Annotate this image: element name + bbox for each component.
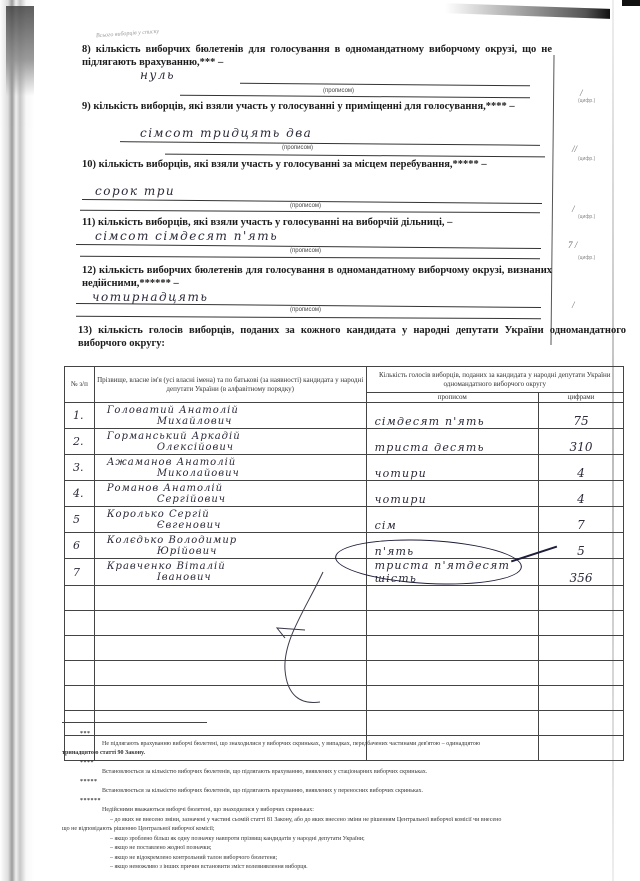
item-9: 9) кількість виборців, які взяли участь …	[82, 100, 552, 113]
item-12-margin-mark: /	[572, 300, 575, 310]
candidate-number: 1.	[65, 403, 95, 429]
votes-in-digits: 7	[539, 507, 624, 533]
table-row: 4.Романов АнатолійСергійовиччотири4	[65, 481, 624, 507]
footnote-rule	[62, 722, 207, 723]
footnote-1-stars: ***	[62, 730, 622, 740]
candidate-patronymic: Миколайович	[107, 468, 366, 479]
footnote-3-text: Встановлюється за кількістю виборчих бюл…	[62, 787, 622, 797]
empty-cell	[539, 636, 624, 661]
item-11-text: 11) кількість виборців, які взяли участь…	[82, 216, 552, 229]
candidate-number: 7	[65, 559, 95, 586]
item-9-margin-label: (цифр.)	[578, 156, 595, 162]
footnote-bullet: що не відповідають рішенню Центральної в…	[62, 825, 622, 835]
votes-in-words: чотири	[366, 455, 538, 481]
empty-cell	[539, 611, 624, 636]
table-row-empty	[65, 586, 624, 611]
candidate-surname-name: Ажаманов Анатолій	[107, 457, 236, 468]
item-9-underline	[120, 141, 540, 146]
empty-cell	[366, 686, 538, 711]
candidate-name: Колєдько ВолодимирЮрійович	[94, 533, 366, 559]
footnote-bullet: – якщо не поставлено жодної позначки;	[62, 844, 622, 854]
item-10-margin-label: (цифр.)	[578, 214, 595, 220]
item-8-prop-label: (прописом)	[323, 88, 354, 94]
footnote-bullet: – якщо неможливо з інших причин встанови…	[62, 863, 622, 873]
item-10-margin-mark: /	[572, 204, 575, 214]
table-row: 1.Головатий АнатолійМихайловичсімдесят п…	[65, 403, 624, 429]
item-10-text: 10) кількість виборців, які взяли участь…	[82, 158, 552, 171]
empty-cell	[65, 661, 95, 686]
item-11: 11) кількість виборців, які взяли участь…	[82, 216, 552, 229]
table-row: 5Королько СергійЄвгеновичсім7	[65, 507, 624, 533]
footnote-1-text: Не підлягають врахуванню виборчі бюлетен…	[62, 740, 622, 750]
header-votes: Кількість голосів виборців, поданих за к…	[366, 367, 623, 393]
empty-cell	[366, 611, 538, 636]
item-8-margin-label: (цифр.)	[578, 98, 595, 104]
footnote-3-stars: *****	[62, 778, 622, 788]
footnote-4-stars: ******	[62, 797, 622, 807]
empty-cell	[65, 611, 95, 636]
candidate-name: Ажаманов АнатолійМиколайович	[94, 455, 366, 481]
footnote-bullet: – до яких не внесено зміни, зазначені у …	[62, 816, 622, 826]
item-9-margin-mark: //	[572, 144, 577, 154]
empty-cell	[65, 586, 95, 611]
scan-corner-mark	[622, 0, 640, 6]
footnote-bullet: – якщо зроблено більш як одну позначку н…	[62, 835, 622, 845]
footnote-2-stars: ****	[62, 759, 622, 769]
item-10: 10) кількість виборців, які взяли участь…	[82, 158, 552, 171]
candidate-patronymic: Олексійович	[107, 442, 366, 453]
votes-in-words: чотири	[366, 481, 538, 507]
table-row: 2.Горманський АркадійОлексійовичтриста д…	[65, 429, 624, 455]
votes-in-digits: 4	[539, 455, 624, 481]
empty-cell	[366, 586, 538, 611]
footnote-4-text: Недійсними вважаються виборчі бюлетені, …	[62, 806, 622, 816]
item-11-rule	[80, 256, 540, 259]
scan-shadow-left	[0, 0, 34, 881]
item-11-prop-label: (прописом)	[290, 248, 321, 254]
item-10-answer: сорок три	[95, 184, 175, 198]
votes-in-words: сімдесят п'ять	[366, 403, 538, 429]
candidate-surname-name: Королько Сергій	[107, 509, 210, 520]
table-row-empty	[65, 636, 624, 661]
candidate-surname-name: Романов Анатолій	[107, 483, 223, 494]
footnote-bullet: – якщо не відокремлено контрольний талон…	[62, 854, 622, 864]
votes-in-digits: 5	[539, 533, 624, 559]
empty-cell	[65, 686, 95, 711]
votes-in-digits: 75	[539, 403, 624, 429]
candidate-surname-name: Горманський Аркадій	[107, 431, 241, 442]
item-8-rule	[180, 95, 530, 98]
item-11-margin-mark: 7 /	[568, 240, 577, 250]
empty-cell	[539, 661, 624, 686]
votes-in-digits: 356	[539, 559, 624, 586]
candidate-surname-name: Головатий Анатолій	[107, 405, 239, 416]
item-12-rule	[76, 316, 541, 319]
table-row-empty	[65, 611, 624, 636]
header-num: № з/п	[65, 367, 95, 403]
candidate-name: Королько СергійЄвгенович	[94, 507, 366, 533]
candidate-name: Романов АнатолійСергійович	[94, 481, 366, 507]
item-12-answer: чотирнадцять	[92, 290, 208, 304]
footnotes: *** Не підлягають врахуванню виборчі бюл…	[62, 730, 622, 873]
header-digits: цифрами	[539, 393, 624, 403]
candidate-rows: 1.Головатий АнатолійМихайловичсімдесят п…	[65, 403, 624, 761]
table-row-empty	[65, 686, 624, 711]
empty-cell	[65, 636, 95, 661]
votes-in-words: триста десять	[366, 429, 538, 455]
empty-cell	[366, 661, 538, 686]
item-8: 8) кількість виборчих бюлетенів для голо…	[82, 43, 552, 69]
table-row: 3.Ажаманов АнатолійМиколайовиччотири4	[65, 455, 624, 481]
item-12-text: 12) кількість виборчих бюлетенів для гол…	[82, 264, 552, 290]
item-10-prop-label: (прописом)	[290, 203, 321, 209]
item-8-underline	[240, 83, 530, 87]
candidate-surname-name: Колєдько Володимир	[107, 535, 237, 546]
footnote-1-cont: тринадцятою статті 90 Закону.	[62, 749, 622, 759]
candidate-number: 6	[65, 533, 95, 559]
footnote-2-text: Встановлюється за кількістю виборчих бюл…	[62, 768, 622, 778]
item-8-margin-mark: /	[580, 88, 583, 98]
candidate-patronymic: Михайлович	[107, 416, 366, 427]
item-12-prop-label: (прописом)	[290, 307, 321, 313]
candidate-surname-name: Кравченко Віталій	[107, 561, 226, 572]
candidate-number: 4.	[65, 481, 95, 507]
item-11-margin-label: (цифр.)	[578, 255, 595, 261]
candidate-number: 3.	[65, 455, 95, 481]
votes-in-words: сім	[366, 507, 538, 533]
item-8-answer: нуль	[140, 68, 175, 82]
empty-cell	[539, 686, 624, 711]
faint-handwritten-note: Всього виборців у списку	[96, 29, 159, 39]
item-11-answer: сімсот сімдесят п'ять	[95, 229, 278, 243]
section-13-title: 13) кількість голосів виборців, поданих …	[78, 324, 626, 350]
candidate-patronymic: Сергійович	[107, 494, 366, 505]
header-name: Прізвище, власне ім'я (усі власні імена)…	[94, 367, 366, 403]
item-9-text: 9) кількість виборців, які взяли участь …	[82, 100, 552, 113]
candidate-patronymic: Юрійович	[107, 546, 366, 557]
margin-rule	[550, 55, 554, 345]
section-13-text: 13) кількість голосів виборців, поданих …	[78, 324, 626, 350]
candidate-name: Горманський АркадійОлексійович	[94, 429, 366, 455]
table-row-empty	[65, 661, 624, 686]
item-8-text: 8) кількість виборчих бюлетенів для голо…	[82, 43, 552, 69]
item-9-rule	[165, 154, 545, 158]
votes-in-digits: 4	[539, 481, 624, 507]
header-words: прописом	[366, 393, 538, 403]
candidate-name: Головатий АнатолійМихайлович	[94, 403, 366, 429]
votes-in-digits: 310	[539, 429, 624, 455]
item-12: 12) кількість виборчих бюлетенів для гол…	[82, 264, 552, 290]
item-9-prop-label: (прописом)	[282, 145, 313, 151]
footnote-bullets: – до яких не внесено зміни, зазначені у …	[62, 816, 622, 873]
handwritten-hook	[275, 570, 335, 710]
candidate-number: 2.	[65, 429, 95, 455]
candidate-patronymic: Євгенович	[107, 520, 366, 531]
candidate-number: 5	[65, 507, 95, 533]
item-10-rule	[80, 210, 540, 213]
empty-cell	[366, 636, 538, 661]
scan-shadow-top	[445, 3, 610, 19]
item-9-answer: сімсот тридцять два	[140, 126, 312, 140]
empty-cell	[539, 586, 624, 611]
